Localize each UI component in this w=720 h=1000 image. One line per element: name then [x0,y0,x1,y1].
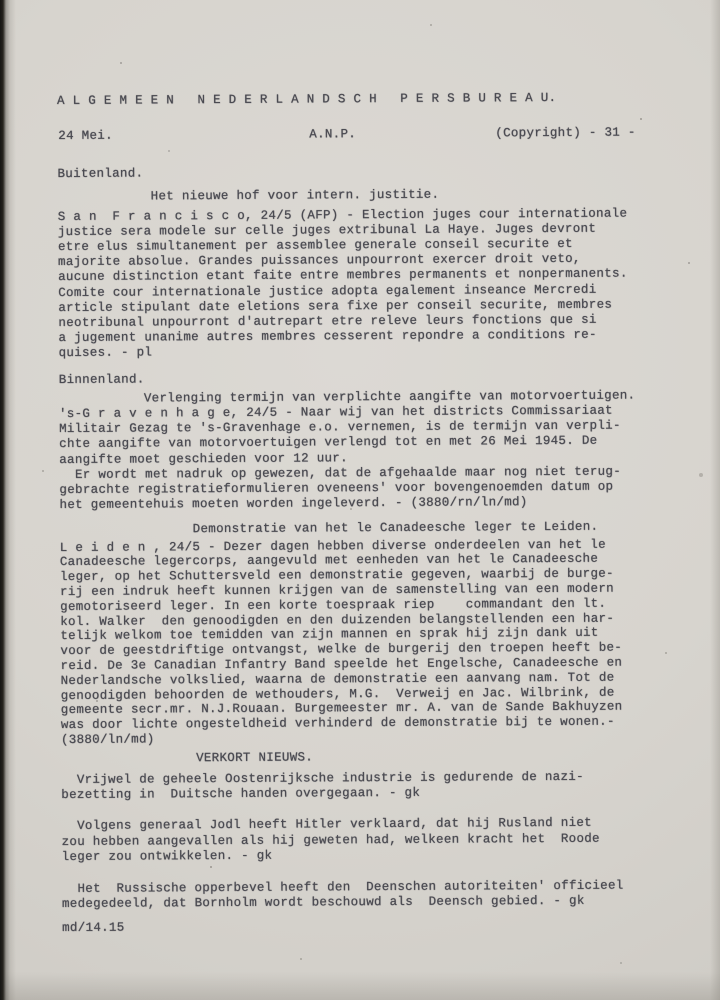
article-canadian-army-leiden: L e i d e n , 24/5 - Dezer dagen hebben … [60,537,673,748]
short-news-item-bornholm: Het Russische opperbevel heeft den Deens… [62,878,674,912]
scan-edge-right [710,0,720,1000]
section-label-binnenland: Binnenland. [59,369,671,388]
scan-edge-left [0,0,16,1000]
footer-editor-code: md/14.15 [62,918,674,937]
article-international-court: S a n F r a n c i s c o, 24/5 (AFP) - El… [58,206,671,362]
short-news-item-austria: Vrijwel de geheele Oostenrijksche indust… [61,769,673,803]
article-motor-vehicles-note: Er wordt met nadruk op gewezen, dat de a… [59,464,671,513]
headline-canadian-army-leiden: Demonstratie van het le Canadeesche lege… [193,520,672,538]
scan-edge-bottom [0,972,720,1000]
agency-abbreviation: A.N.P. [309,127,356,142]
section-label-buitenland: Buitenland. [57,163,669,182]
paper-specks [0,0,2,2]
scanned-press-bulletin-page: A L G E M E E N N E D E R L A N D S C H … [0,0,720,1000]
article-motor-vehicles: 's-G r a v e n h a g e, 24/5 - Naar wij … [59,403,671,468]
copyright-page-number: (Copyright) - 31 - [495,126,636,142]
typewritten-content: A L G E M E E N N E D E R L A N D S C H … [57,90,674,936]
headline-international-court: Het nieuwe hof voor intern. justitie. [151,187,670,205]
issue-date: 24 Mei. [58,129,113,145]
dateline-row: 24 Mei. A.N.P. (Copyright) - 31 - [57,125,669,144]
short-news-item-jodl: Volgens generaal Jodl heeft Hitler verkl… [61,816,673,865]
headline-verkort-nieuws: VERKORT NIEUWS. [196,748,673,766]
agency-title: A L G E M E E N N E D E R L A N D S C H … [57,90,669,109]
